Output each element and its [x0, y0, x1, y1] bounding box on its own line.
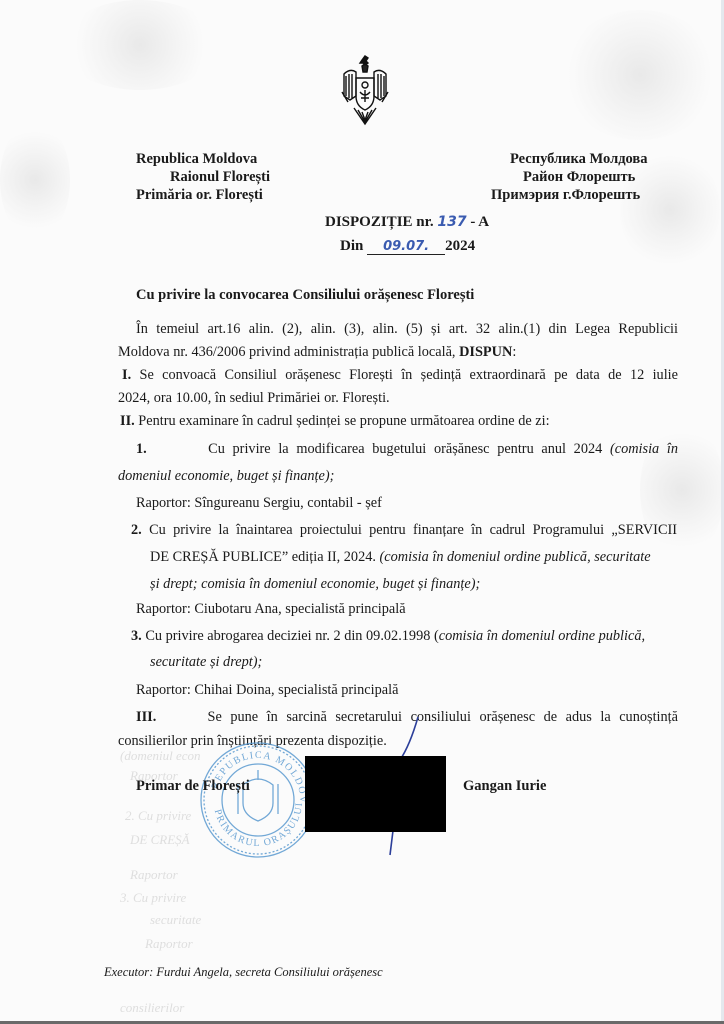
scan-noise [60, 0, 220, 90]
agenda-item-3-commission: comisia în domeniul ordine publică, [439, 628, 645, 644]
bleed-through-text: consilierilor [120, 1000, 184, 1016]
section-ii-text: Pentru examinare în cadrul ședinței se p… [138, 413, 549, 429]
header-left-line1: Republica Moldova [136, 150, 257, 168]
agenda-item-1-num: 1. [136, 441, 147, 457]
bleed-through-text: DE CREȘĂ [130, 832, 190, 848]
moldova-coat-of-arms-icon [340, 52, 390, 130]
header-right-line3: Примэрия г.Флорешть [491, 186, 640, 204]
agenda-item-2-reporter: Raportor: Ciubotaru Ana, specialistă pri… [136, 598, 406, 620]
bleed-through-text: Raportor [145, 936, 193, 952]
bleed-through-text: 2. Cu privire [125, 808, 191, 824]
disposition-number-handwritten: 137 [437, 214, 466, 230]
preamble-line2: Moldova nr. 436/2006 privind administraț… [118, 341, 516, 363]
executor-note: Executor: Furdui Angela, secreta Consili… [104, 965, 383, 980]
scan-noise [560, 10, 720, 140]
document-date: Din 09.07.2024 [340, 238, 475, 255]
agenda-item-1-text: Cu privire la modificarea bugetului orăș… [208, 441, 602, 457]
agenda-item-3-num: 3. [131, 628, 142, 644]
date-year: 2024 [445, 238, 475, 254]
bleed-through-text: 3. Cu privire [120, 890, 186, 906]
header-left-line3: Primăria or. Florești [136, 186, 263, 204]
header-right-line2: Район Флорешть [523, 168, 635, 186]
header-right-line1: Республика Молдова [510, 150, 648, 168]
section-i-line2: 2024, ora 10.00, în sediul Primăriei or.… [118, 387, 390, 409]
header-left-line2: Raionul Florești [170, 168, 270, 186]
agenda-item-1-line1: 1. Cu privire la modificarea bugetului o… [136, 438, 678, 460]
section-iii-label: III. [136, 709, 156, 725]
agenda-item-2-text-cont: DE CREȘĂ PUBLICE” ediția II, 2024. [150, 549, 376, 565]
preamble-line1: În temeiul art.16 alin. (2), alin. (3), … [136, 318, 678, 340]
preamble-text: Moldova nr. 436/2006 privind administraț… [118, 344, 456, 360]
preamble-colon: : [512, 344, 516, 360]
section-i-line1: I. Se convoacă Consiliul orășenesc Flore… [122, 364, 678, 386]
section-iii-text: Se pune în sarcină secretarului consiliu… [208, 709, 678, 725]
section-i-text: Se convoacă Consiliul orășenesc Florești… [140, 367, 679, 383]
section-ii-label: II. [120, 413, 135, 429]
scan-noise [0, 120, 70, 240]
section-ii: II. Pentru examinare în cadrul ședinței … [120, 410, 550, 432]
bleed-through-text: (domeniul econ [120, 748, 201, 764]
agenda-item-3-text: Cu privire abrogarea deciziei nr. 2 din … [145, 628, 438, 644]
agenda-item-2-line1: 2. Cu privire la înaintarea proiectului … [131, 519, 677, 541]
document-subject: Cu privire la convocarea Consiliului oră… [136, 287, 474, 304]
date-handwritten: 09.07. [383, 239, 429, 254]
date-prefix: Din [340, 238, 363, 254]
agenda-item-1-line2: domeniul economie, buget și finanțe); [118, 465, 334, 487]
bleed-through-text: securitate [150, 912, 201, 928]
bleed-through-text: Raportor [130, 867, 178, 883]
agenda-item-1-commission: (comisia în [610, 441, 678, 457]
agenda-item-3-line1: 3. Cu privire abrogarea deciziei nr. 2 d… [131, 625, 645, 647]
section-i-label: I. [122, 367, 131, 383]
agenda-item-2-text: Cu privire la înaintarea proiectului pen… [149, 522, 677, 538]
agenda-item-1-reporter: Raportor: Sîngureanu Sergiu, contabil - … [136, 492, 382, 514]
redaction-box [305, 756, 446, 832]
agenda-item-3-reporter: Raportor: Chihai Doina, specialistă prin… [136, 679, 398, 701]
agenda-item-2-num: 2. [131, 522, 142, 538]
agenda-item-2-line3: și drept; comisia în domeniul economie, … [150, 573, 480, 595]
signatory-role: Primar de Florești [136, 778, 250, 795]
dispun-keyword: DISPUN [459, 344, 512, 360]
title-prefix: DISPOZIȚIE nr. [325, 214, 434, 230]
agenda-item-2-line2: DE CREȘĂ PUBLICE” ediția II, 2024. (comi… [150, 546, 651, 568]
agenda-item-3-line2: securitate și drept); [150, 651, 262, 673]
agenda-item-2-commission: (comisia în domeniul ordine publică, sec… [380, 549, 651, 565]
signatory-name: Gangan Iurie [463, 778, 546, 795]
document-title: DISPOZIȚIE nr. 137 - A [325, 214, 489, 231]
title-suffix: - A [470, 214, 489, 230]
date-underline: 09.07. [367, 239, 445, 255]
official-stamp-icon: REPUBLICA MOLDOVA PRIMARUL ORAȘULUI FLOR… [198, 740, 318, 860]
